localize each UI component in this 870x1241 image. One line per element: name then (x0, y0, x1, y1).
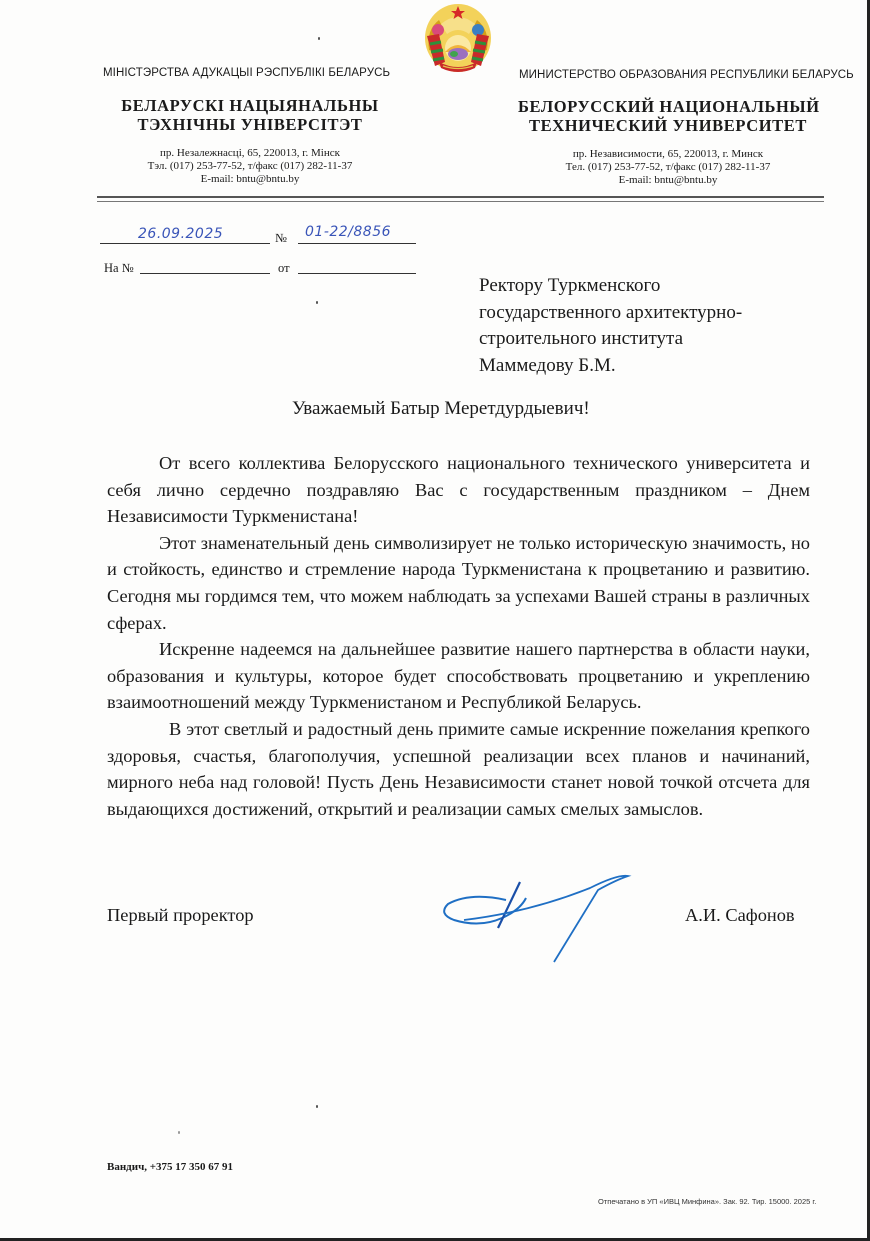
from-underline (298, 273, 416, 274)
letterhead-divider-thin (97, 201, 824, 202)
email: E-mail: bntu@bntu.by (100, 173, 400, 186)
salutation: Уважаемый Батыр Меретдурдыевич! (292, 398, 590, 420)
addressee-block: Ректору Туркменского государственного ар… (479, 273, 742, 379)
paragraph-3: Искренне надеемся на дальнейшее развитие… (107, 636, 810, 716)
scan-speck (178, 1131, 180, 1134)
address: пр. Независимости, 65, 220013, г. Минск (518, 148, 818, 161)
ministry-name-russian: МИНИСТЕРСТВО ОБРАЗОВАНИЯ РЕСПУБЛИКИ БЕЛА… (519, 69, 854, 81)
print-imprint: Отпечатано в УП «ИВЦ Минфина». Зак. 92. … (598, 1197, 816, 1206)
phone: Тэл. (017) 253-77-52, т/факс (017) 282-1… (100, 160, 400, 173)
state-emblem-icon (421, 0, 495, 74)
paragraph-1: От всего коллектива Белорусского национа… (107, 450, 810, 530)
paragraph-4: В этот светлый и радостный день примите … (107, 716, 810, 822)
number-underline (298, 243, 416, 244)
executor-contact: Вандич, +375 17 350 67 91 (107, 1161, 233, 1173)
letter-body: От всего коллектива Белорусского национа… (107, 450, 810, 822)
handwritten-signature-icon (440, 870, 635, 965)
scan-speck (316, 1105, 318, 1108)
outgoing-number: 01-22/8856 (305, 224, 391, 240)
from-label: от (278, 261, 290, 276)
contacts-belarusian: пр. Незалежнасці, 65, 220013, г. Мінск Т… (100, 147, 400, 186)
paragraph-2: Этот знаменательный день символизирует н… (107, 530, 810, 636)
email: E-mail: bntu@bntu.by (518, 174, 818, 187)
address: пр. Незалежнасці, 65, 220013, г. Мінск (100, 147, 400, 160)
ministry-name-belarusian: МІНІСТЭРСТВА АДУКАЦЫІ РЭСПУБЛІКІ БЕЛАРУС… (103, 67, 390, 79)
university-name-belarusian: БЕЛАРУСКІ НАЦЫЯНАЛЬНЫ ТЭХНІЧНЫ УНІВЕРСІТ… (100, 96, 400, 134)
scan-speck (316, 301, 318, 304)
reply-to-underline (140, 273, 270, 274)
signatory-position: Первый проректор (107, 905, 254, 926)
university-name-russian: БЕЛОРУССКИЙ НАЦИОНАЛЬНЫЙ ТЕХНИЧЕСКИЙ УНИ… (518, 97, 818, 135)
outgoing-date: 26.09.2025 (138, 226, 223, 242)
number-label: № (275, 231, 287, 246)
contacts-russian: пр. Независимости, 65, 220013, г. Минск … (518, 148, 818, 187)
signatory-name: А.И. Сафонов (685, 905, 795, 926)
reply-to-label: На № (104, 261, 134, 276)
scan-speck (318, 37, 320, 40)
date-underline (100, 243, 270, 244)
letterhead-divider-thick (97, 196, 824, 198)
phone: Тел. (017) 253-77-52, т/факс (017) 282-1… (518, 161, 818, 174)
